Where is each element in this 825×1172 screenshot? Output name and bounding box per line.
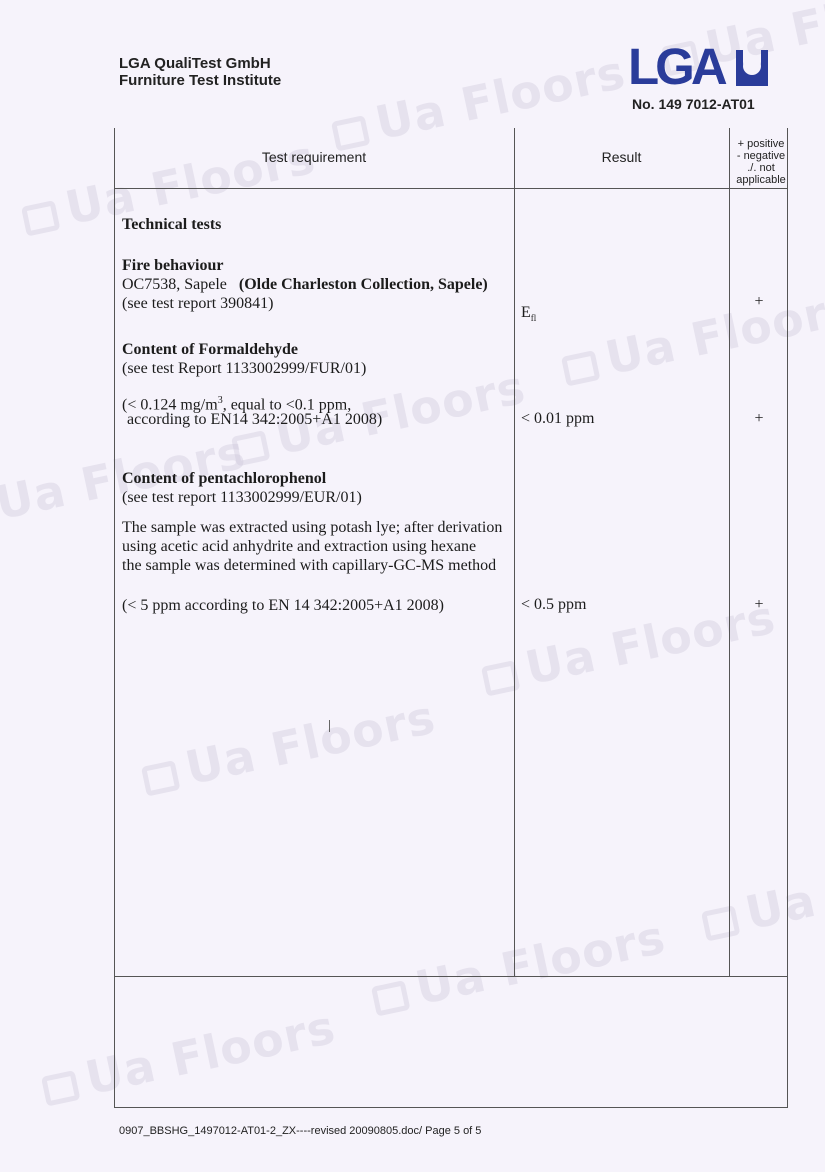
column-divider-rating	[729, 128, 730, 976]
result-pentachlorophenol: < 0.5 ppm	[521, 596, 586, 614]
table-border-left	[114, 128, 115, 1108]
row-fire-report-ref: (see test report 390841)	[122, 294, 274, 313]
watermark: Ua Floors	[328, 45, 631, 160]
table-border-right	[787, 128, 788, 1108]
document-number: No. 149 7012-AT01	[632, 96, 755, 112]
watermark: Ua Floors	[38, 1000, 341, 1115]
rating-fire-behaviour: +	[729, 293, 789, 311]
row-pcp-method-line-3: the sample was determined with capillary…	[122, 556, 496, 575]
watermark: Ua Floors	[698, 835, 825, 950]
section-title: Technical tests	[122, 215, 221, 234]
result-class: E	[521, 304, 531, 321]
lga-logo: LGA	[628, 46, 768, 88]
legend-negative: - negative	[731, 150, 791, 162]
organization-line-1: LGA QualiTest GmbH	[119, 55, 281, 72]
row-title-formaldehyde: Content of Formaldehyde	[122, 340, 298, 359]
column-header-result: Result	[514, 149, 729, 165]
row-fire-product: OC7538, Sapele (Olde Charleston Collecti…	[122, 275, 488, 294]
legend-applicable: applicable	[731, 174, 791, 186]
rating-formaldehyde: +	[729, 410, 789, 428]
column-divider-result	[514, 128, 515, 976]
row-title-pentachlorophenol: Content of pentachlorophenol	[122, 469, 326, 488]
header-row-divider	[114, 188, 788, 189]
rating-legend: + positive - negative ./. not applicable	[731, 138, 791, 186]
row-formaldehyde-report-ref: (see test Report 1133002999/FUR/01)	[122, 359, 366, 378]
legend-not: ./. not	[731, 162, 791, 174]
row-pcp-standard: (< 5 ppm according to EN 14 342:2005+A1 …	[122, 596, 444, 615]
table-border-bottom	[114, 1107, 788, 1108]
watermark: Ua Floors	[138, 690, 441, 805]
result-formaldehyde: < 0.01 ppm	[521, 410, 594, 428]
logo-text: LGA	[628, 39, 724, 95]
row-pcp-method-line-2: using acetic acid anhydrite and extracti…	[122, 537, 476, 556]
rating-pentachlorophenol: +	[729, 596, 789, 614]
scan-artifact	[329, 720, 330, 732]
column-header-test-requirement: Test requirement	[114, 149, 514, 165]
lga-emblem-icon	[736, 50, 768, 86]
result-fire-behaviour: Efl	[521, 304, 536, 323]
product-code: OC7538, Sapele	[122, 276, 227, 293]
row-pcp-report-ref: (see test report 1133002999/EUR/01)	[122, 488, 362, 507]
legend-positive: + positive	[731, 138, 791, 150]
body-bottom-divider	[114, 976, 788, 977]
organization-name: LGA QualiTest GmbH Furniture Test Instit…	[119, 55, 281, 89]
organization-line-2: Furniture Test Institute	[119, 72, 281, 89]
row-formaldehyde-standard: according to EN14 342:2005+A1 2008)	[127, 410, 382, 429]
result-class-sub: fl	[531, 313, 537, 323]
watermark: Ua Floors	[368, 910, 671, 1025]
page-footer: 0907_BBSHG_1497012-AT01-2_ZX----revised …	[119, 1125, 481, 1137]
row-title-fire-behaviour: Fire behaviour	[122, 256, 223, 275]
row-pcp-method-line-1: The sample was extracted using potash ly…	[122, 518, 502, 537]
product-collection: (Olde Charleston Collection, Sapele)	[239, 276, 488, 293]
